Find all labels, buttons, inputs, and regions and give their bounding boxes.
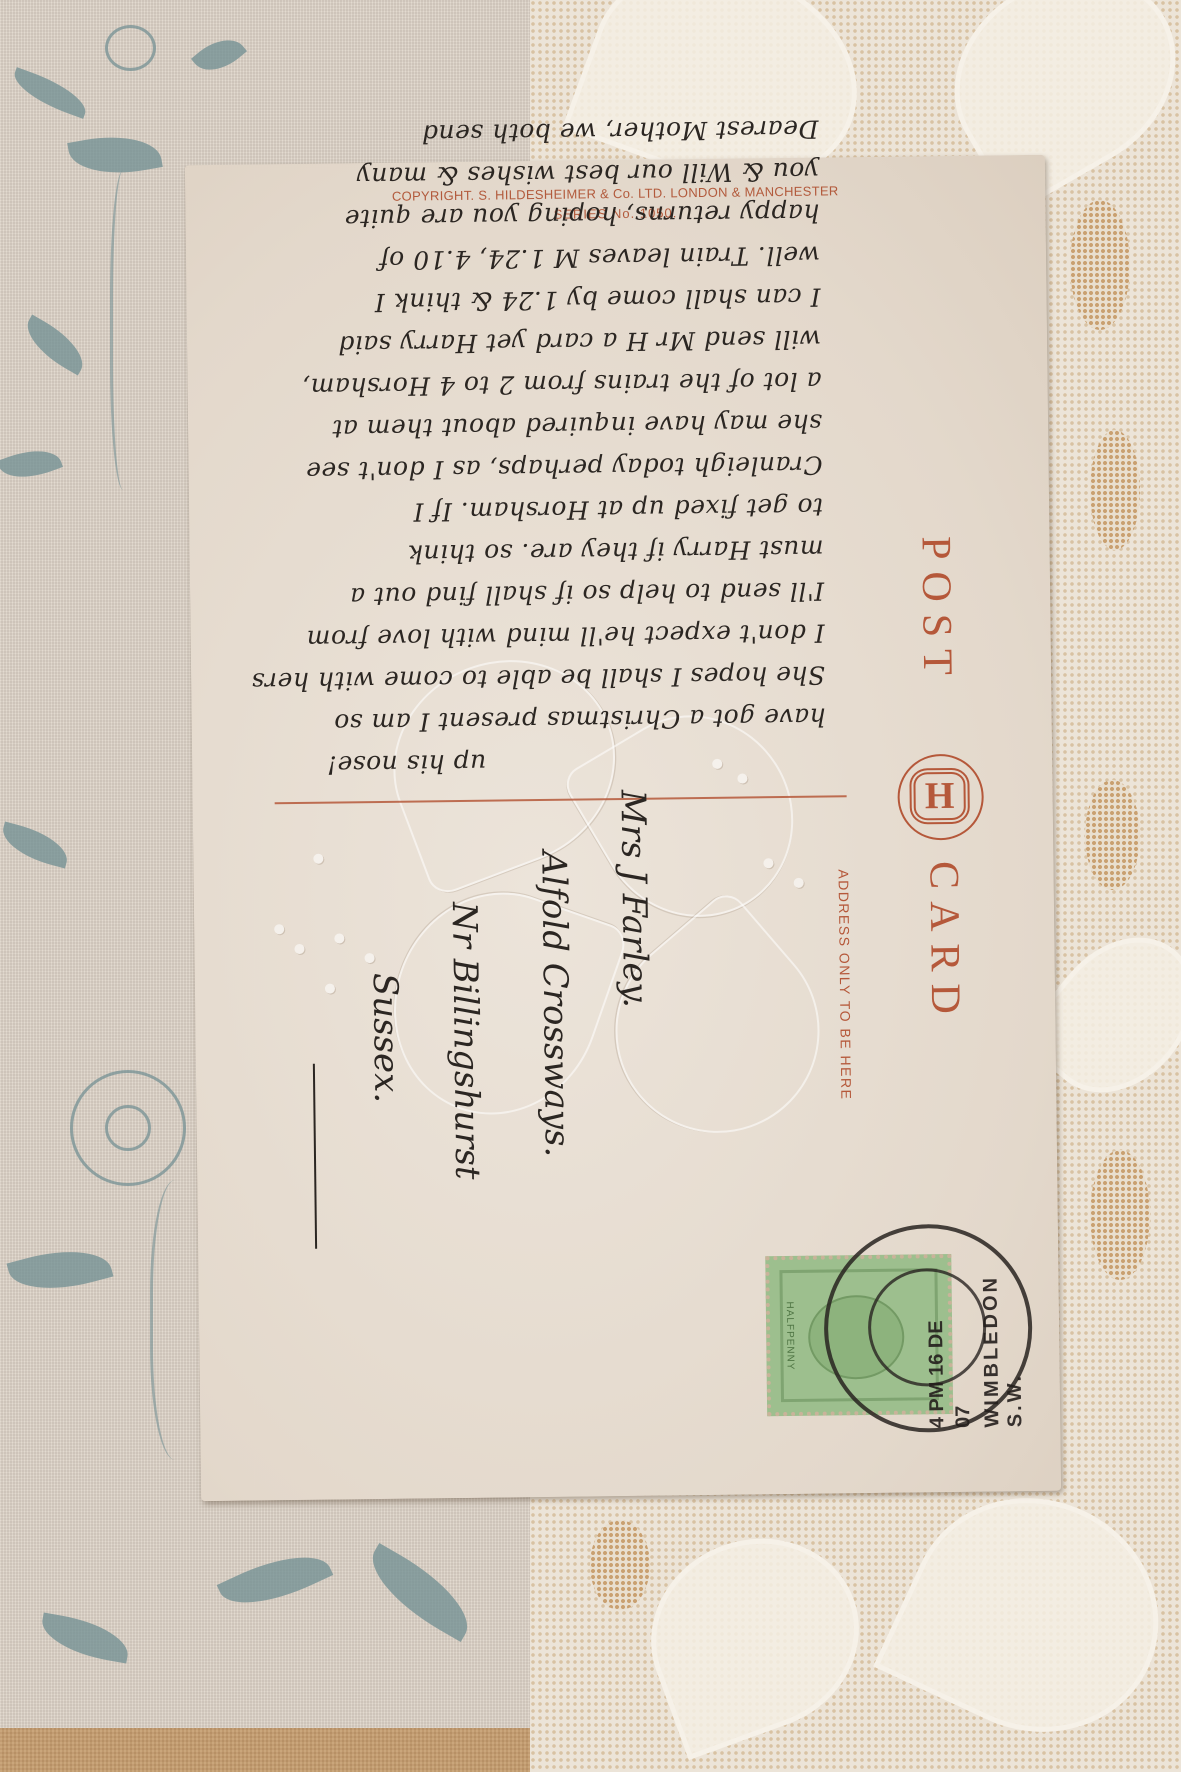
message-line: Cranleigh today perhaps, as I don't see <box>202 444 822 494</box>
message-line: I'll send to help so if shall find out a <box>204 570 824 620</box>
address-line: Alfold Crossways. <box>533 851 577 1158</box>
message-line: I can shall come by 1.24 & think I <box>200 276 820 326</box>
postmark-time: 4 PM <box>926 1381 949 1428</box>
heading-card: CARD <box>919 861 969 1026</box>
postmark-town: WIMBLEDON S.W. <box>979 1245 1027 1428</box>
address-line: Nr Billingshurst <box>444 902 487 1180</box>
fabric-leaf <box>191 28 247 82</box>
message-line: Dearest Mother, we both send <box>198 108 818 158</box>
postcard: COPYRIGHT. S. HILDESHEIMER & Co. LTD. LO… <box>185 155 1061 1501</box>
message-line: happy returns, hoping you are quite <box>199 192 819 242</box>
fabric-leaf <box>0 821 73 868</box>
embossed-flower <box>294 944 304 954</box>
address-line: Sussex. <box>365 973 407 1104</box>
fabric-leaf <box>217 1539 334 1622</box>
embossed-flower <box>334 933 344 943</box>
fabric-leaf <box>17 315 93 376</box>
fabric-flower <box>105 25 156 71</box>
lace-net <box>590 1520 650 1610</box>
message-line: will send Mr H a card yet Harry said <box>201 318 821 368</box>
message-line: I don't expect he'll mind with love from <box>204 612 824 662</box>
message-line: you & Will our best wishes & many <box>199 150 819 200</box>
postmark-date: 4 PM 16 DE 07 <box>923 1298 977 1429</box>
fabric-leaf <box>38 1612 133 1663</box>
message-line: must Harry if they are. so think <box>203 528 823 578</box>
message-line: well. Train leaves M 1.24, 4.10 of <box>200 234 820 284</box>
message-line: she may have inquired about them at <box>202 402 822 452</box>
message-line: to get fixed up at Horsham. If I <box>203 486 823 536</box>
fabric-leaf <box>357 1543 483 1642</box>
message-line: a lot of the trains from 2 to 4 Horsham, <box>201 360 821 410</box>
stamp-value: HALFPENNY <box>783 1260 796 1412</box>
fabric-leaf <box>0 441 63 488</box>
postmark-cancellation: WIMBLEDON S.W. 4 PM 16 DE 07 <box>823 1223 1034 1434</box>
embossed-flower <box>313 854 323 864</box>
address-line: Mrs J Farley. <box>613 790 656 1009</box>
fabric-leaf <box>7 1238 114 1303</box>
message-line: up his nose! <box>206 738 826 788</box>
lace-motif <box>873 1458 1181 1772</box>
embossed-flower <box>365 953 375 963</box>
lace-net <box>1090 430 1140 550</box>
handwritten-message: up his nose! have got a Christmas presen… <box>199 180 826 788</box>
heading-post: POST <box>911 536 961 687</box>
lace-net <box>1070 200 1130 330</box>
message-line: have got a Christmas present I am so <box>205 696 825 746</box>
handwritten-address: Mrs J Farley. Alfold Crossways. Nr Billi… <box>383 847 868 1253</box>
emblem-letter: H <box>909 768 970 825</box>
embossed-flower <box>274 924 284 934</box>
fabric-leaf <box>8 67 92 119</box>
lace-motif <box>624 1510 886 1760</box>
fabric-leaf <box>67 127 163 182</box>
fabric-flower <box>105 1105 151 1151</box>
lace-net <box>1090 1150 1150 1280</box>
address-underline <box>313 1064 317 1249</box>
embossed-flower <box>325 984 335 994</box>
lace-net <box>1085 780 1140 890</box>
fabric-stem <box>110 170 143 490</box>
message-line: She hopes I shall be able to come with h… <box>205 654 825 704</box>
publisher-emblem-icon: H <box>897 754 984 841</box>
